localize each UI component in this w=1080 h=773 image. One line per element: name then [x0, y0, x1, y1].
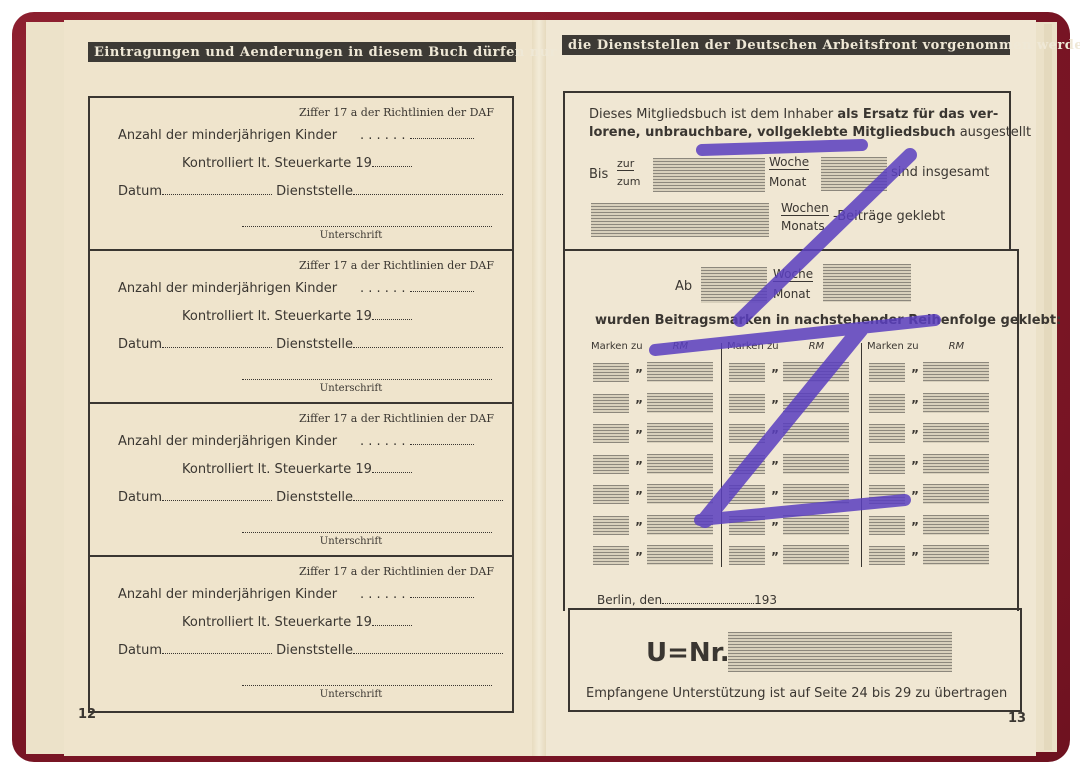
marken-zu-header: Marken zuRM — [727, 341, 824, 352]
year-field[interactable] — [372, 156, 412, 167]
datum-row: Datum Dienststelle — [118, 184, 503, 199]
u-nr-label: U=Nr. — [646, 638, 730, 668]
dienststelle-label: Dienststelle — [276, 337, 353, 352]
ziffer-label: Ziffer 17 a der Richtlinien der DAF — [299, 259, 494, 272]
kontrolliert-text: Kontrolliert lt. Steuerkarte 19 — [182, 156, 372, 171]
stamp-value-field[interactable] — [923, 454, 989, 474]
entry-block: Ziffer 17 a der Richtlinien der DAFAnzah… — [88, 249, 514, 402]
ditto-mark: ” — [635, 489, 643, 503]
datum-label: Datum — [118, 643, 162, 658]
ab-monat-label: Monat — [773, 287, 810, 301]
stamp-value-field[interactable] — [783, 454, 849, 474]
page-number-right: 13 — [1008, 711, 1026, 726]
zum-label: zum — [617, 175, 640, 188]
rm-label: RM — [673, 341, 689, 352]
u-nr-field[interactable] — [728, 632, 952, 672]
rm-label: RM — [949, 341, 965, 352]
stamp-count-field[interactable] — [729, 363, 765, 382]
anzahl-label: Anzahl der minderjährigen Kinder — [118, 434, 337, 449]
unterschrift-label: Unterschrift — [90, 689, 512, 700]
ditto-mark: ” — [911, 520, 919, 534]
intro-normal-1: Dieses Mitgliedsbuch ist dem Inhaber — [589, 107, 837, 122]
stamp-value-field[interactable] — [783, 362, 849, 382]
unterschrift-label: Unterschrift — [90, 383, 512, 394]
anzahl-line[interactable] — [410, 128, 474, 139]
kontrolliert-label: Kontrolliert lt. Steuerkarte 19 — [182, 615, 412, 630]
signature-line[interactable] — [242, 532, 492, 533]
stamp-value-field[interactable] — [783, 484, 849, 504]
monats-label: Monats — [781, 219, 825, 233]
anzahl-label: Anzahl der minderjährigen Kinder — [118, 128, 337, 143]
datum-row: Datum Dienststelle — [118, 490, 503, 505]
stamp-count-field[interactable] — [869, 546, 905, 565]
stamp-value-field[interactable] — [647, 423, 713, 443]
ab-week-field[interactable] — [823, 264, 911, 302]
anzahl-label: Anzahl der minderjährigen Kinder — [118, 281, 337, 296]
ditto-mark: ” — [911, 489, 919, 503]
footer-note: Empfangene Unterstützung ist auf Seite 2… — [586, 686, 1007, 701]
ditto-mark: ” — [771, 398, 779, 412]
dienststelle-field[interactable] — [353, 184, 503, 195]
stamp-count-field[interactable] — [593, 485, 629, 504]
anzahl-line[interactable] — [410, 434, 474, 445]
year-field[interactable] — [372, 615, 412, 626]
u-nr-section: U=Nr. Empfangene Unterstützung ist auf S… — [568, 608, 1022, 712]
stamp-value-field[interactable] — [923, 484, 989, 504]
datum-row: Datum Dienststelle — [118, 337, 503, 352]
signature-line[interactable] — [242, 685, 492, 686]
wochen-label: Wochen — [781, 201, 829, 216]
ditto-mark: ” — [635, 520, 643, 534]
ziffer-label: Ziffer 17 a der Richtlinien der DAF — [299, 412, 494, 425]
left-banner: Eintragungen und Aenderungen in diesem B… — [88, 42, 516, 62]
intro-line-2: lorene, unbrauchbare, vollgeklebte Mitgl… — [589, 125, 1031, 140]
stamp-value-field[interactable] — [647, 362, 713, 382]
bis-week-field[interactable] — [821, 157, 887, 191]
monat-label: Monat — [769, 175, 806, 189]
beitraege-geklebt-label: -Beiträge geklebt — [833, 209, 945, 224]
intro-line-1: Dieses Mitgliedsbuch ist dem Inhaber als… — [589, 107, 998, 122]
woche-label: Woche — [769, 155, 809, 170]
entry-block: Ziffer 17 a der Richtlinien der DAFAnzah… — [88, 402, 514, 555]
berlin-date-line: Berlin, den193 — [597, 593, 777, 607]
marken-zu-label: Marken zu — [591, 341, 643, 352]
ab-field[interactable] — [701, 267, 767, 303]
kontrolliert-label: Kontrolliert lt. Steuerkarte 19 — [182, 309, 412, 324]
dienststelle-field[interactable] — [353, 643, 503, 654]
signature-line[interactable] — [242, 379, 492, 380]
page-edge-right-inner — [1044, 24, 1052, 750]
kontrolliert-label: Kontrolliert lt. Steuerkarte 19 — [182, 462, 412, 477]
stamp-count-field[interactable] — [593, 424, 629, 443]
anzahl-line[interactable] — [410, 587, 474, 598]
stamp-count-field[interactable] — [593, 394, 629, 413]
stamp-count-field[interactable] — [593, 455, 629, 474]
page-number-left: 12 — [78, 707, 96, 722]
stamps-section: Ab Woche Monat wurden Beitragsmarken in … — [563, 249, 1019, 611]
stamp-value-field[interactable] — [647, 515, 713, 535]
stamp-count-field[interactable] — [729, 546, 765, 565]
ab-woche-label: Woche — [773, 267, 813, 282]
stamp-count-field[interactable] — [729, 516, 765, 535]
ditto-mark: ” — [635, 367, 643, 381]
stamp-count-field[interactable] — [593, 516, 629, 535]
marken-zu-header: Marken zuRM — [867, 341, 964, 352]
dot-leader: . . . . . . — [360, 587, 405, 602]
ditto-mark: ” — [635, 428, 643, 442]
datum-label: Datum — [118, 184, 162, 199]
kontrolliert-label: Kontrolliert lt. Steuerkarte 19 — [182, 156, 412, 171]
ditto-mark: ” — [771, 367, 779, 381]
ditto-mark: ” — [911, 459, 919, 473]
stamp-count-field[interactable] — [729, 424, 765, 443]
kontrolliert-text: Kontrolliert lt. Steuerkarte 19 — [182, 309, 372, 324]
ditto-mark: ” — [771, 489, 779, 503]
dienststelle-label: Dienststelle — [276, 643, 353, 658]
intro-bold-2: lorene, unbrauchbare, vollgeklebte Mitgl… — [589, 125, 956, 140]
replacement-section: Dieses Mitgliedsbuch ist dem Inhaber als… — [563, 91, 1011, 251]
book-gutter — [532, 20, 546, 756]
sind-insgesamt-label: sind insgesamt — [891, 165, 989, 180]
stamp-value-field[interactable] — [647, 454, 713, 474]
datum-field[interactable] — [162, 184, 272, 195]
stamp-count-field[interactable] — [869, 455, 905, 474]
dot-leader: . . . . . . — [360, 434, 405, 449]
kontrolliert-text: Kontrolliert lt. Steuerkarte 19 — [182, 462, 372, 477]
marken-zu-label: Marken zu — [727, 341, 779, 352]
stamp-value-field[interactable] — [783, 545, 849, 565]
datum-row: Datum Dienststelle — [118, 643, 503, 658]
year-field[interactable] — [372, 309, 412, 320]
anzahl-field[interactable]: . . . . . . — [360, 434, 490, 449]
stamp-value-field[interactable] — [923, 393, 989, 413]
ditto-mark: ” — [635, 398, 643, 412]
anzahl-field[interactable]: . . . . . . — [360, 281, 490, 296]
dienststelle-label: Dienststelle — [276, 184, 353, 199]
bis-field[interactable] — [653, 158, 765, 192]
stamp-value-field[interactable] — [647, 393, 713, 413]
zur-label: zur — [617, 157, 634, 171]
right-banner-text: die Dienststellen der Deutschen Arbeitsf… — [568, 38, 1080, 53]
stamp-count-field[interactable] — [869, 394, 905, 413]
ziffer-label: Ziffer 17 a der Richtlinien der DAF — [299, 565, 494, 578]
dienststelle-label: Dienststelle — [276, 490, 353, 505]
entry-block: Ziffer 17 a der Richtlinien der DAFAnzah… — [88, 96, 514, 249]
ditto-mark: ” — [911, 550, 919, 564]
unterschrift-label: Unterschrift — [90, 536, 512, 547]
ditto-mark: ” — [635, 550, 643, 564]
date-field[interactable] — [662, 593, 754, 604]
ditto-mark: ” — [911, 398, 919, 412]
marken-zu-label: Marken zu — [867, 341, 919, 352]
ditto-mark: ” — [911, 367, 919, 381]
right-banner: die Dienststellen der Deutschen Arbeitsf… — [562, 35, 1010, 55]
datum-label: Datum — [118, 337, 162, 352]
datum-field[interactable] — [162, 643, 272, 654]
entry-block: Ziffer 17 a der Richtlinien der DAFAnzah… — [88, 555, 514, 713]
stamp-value-field[interactable] — [783, 423, 849, 443]
stamp-count-field[interactable] — [729, 455, 765, 474]
intro-normal-2: ausgestellt — [956, 125, 1032, 140]
datum-field[interactable] — [162, 337, 272, 348]
signature-line[interactable] — [242, 226, 492, 227]
anzahl-field[interactable]: . . . . . . — [360, 587, 490, 602]
ditto-mark: ” — [771, 428, 779, 442]
berlin-label: Berlin, den — [597, 593, 662, 607]
anzahl-line[interactable] — [410, 281, 474, 292]
ditto-mark: ” — [911, 428, 919, 442]
bis-label: Bis — [589, 167, 608, 182]
anzahl-label: Anzahl der minderjährigen Kinder — [118, 587, 337, 602]
dot-leader: . . . . . . — [360, 281, 405, 296]
stamp-value-field[interactable] — [923, 545, 989, 565]
stamp-count-field[interactable] — [729, 394, 765, 413]
year-field[interactable] — [372, 462, 412, 473]
marken-zu-header: Marken zuRM — [591, 341, 688, 352]
dot-leader: . . . . . . — [360, 128, 405, 143]
datum-label: Datum — [118, 490, 162, 505]
stamp-value-field[interactable] — [647, 545, 713, 565]
stamp-value-field[interactable] — [923, 515, 989, 535]
dienststelle-field[interactable] — [353, 490, 503, 501]
ditto-mark: ” — [771, 550, 779, 564]
dienststelle-field[interactable] — [353, 337, 503, 348]
ditto-mark: ” — [771, 520, 779, 534]
stamp-value-field[interactable] — [783, 393, 849, 413]
ditto-mark: ” — [635, 459, 643, 473]
stamp-count-field[interactable] — [869, 516, 905, 535]
stamp-count-field[interactable] — [869, 424, 905, 443]
stamp-count-field[interactable] — [729, 485, 765, 504]
ditto-mark: ” — [771, 459, 779, 473]
stamp-value-field[interactable] — [923, 423, 989, 443]
page-edge-left — [26, 22, 67, 754]
column-divider — [861, 343, 862, 567]
ziffer-label: Ziffer 17 a der Richtlinien der DAF — [299, 106, 494, 119]
year-prefix: 193 — [754, 593, 777, 607]
stamp-count-field[interactable] — [869, 485, 905, 504]
stamp-count-field[interactable] — [593, 546, 629, 565]
intro-bold-1: als Ersatz für das ver- — [837, 107, 998, 122]
stamp-count-field[interactable] — [593, 363, 629, 382]
rm-label: RM — [809, 341, 825, 352]
anzahl-field[interactable]: . . . . . . — [360, 128, 490, 143]
datum-field[interactable] — [162, 490, 272, 501]
wurden-label: wurden Beitragsmarken in nachstehender R… — [595, 313, 1061, 328]
stamp-value-field[interactable] — [783, 515, 849, 535]
stamp-count-field[interactable] — [869, 363, 905, 382]
total-weeks-field[interactable] — [591, 203, 769, 237]
ab-label: Ab — [675, 279, 692, 294]
stamp-value-field[interactable] — [647, 484, 713, 504]
unterschrift-label: Unterschrift — [90, 230, 512, 241]
left-banner-text: Eintragungen und Aenderungen in diesem B… — [94, 45, 607, 60]
kontrolliert-text: Kontrolliert lt. Steuerkarte 19 — [182, 615, 372, 630]
column-divider — [721, 343, 722, 567]
stamp-value-field[interactable] — [923, 362, 989, 382]
